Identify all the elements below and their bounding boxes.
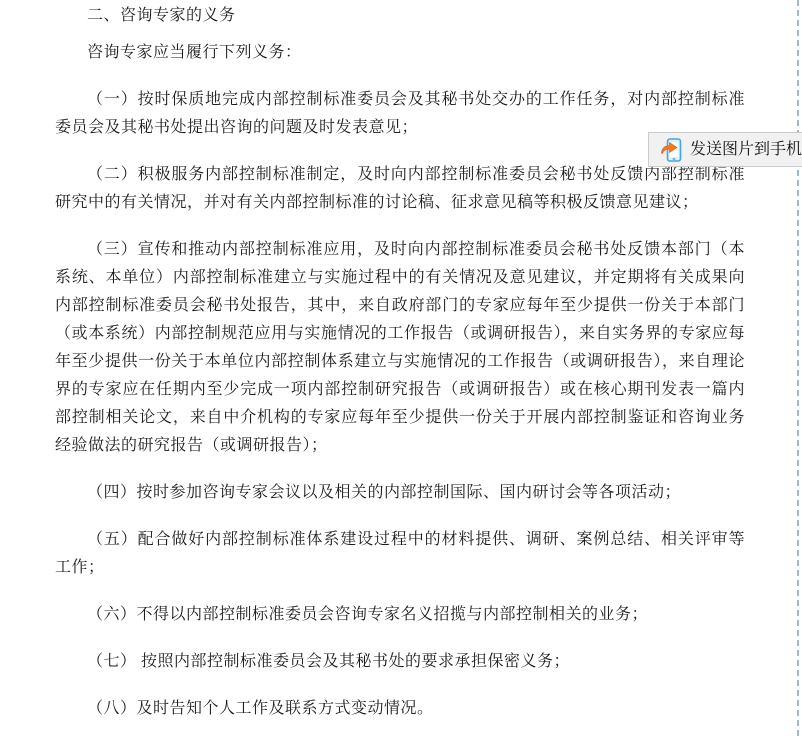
obligation-item-6: （六）不得以内部控制标准委员会咨询专家名义招揽与内部控制相关的业务； xyxy=(55,601,745,629)
section-title: 二、咨询专家的义务 xyxy=(55,2,745,30)
send-to-phone-icon xyxy=(660,137,682,163)
obligation-item-4: （四）按时参加咨询专家会议以及相关的内部控制国际、国内研讨会等各项活动； xyxy=(55,479,745,507)
obligation-item-8: （八）及时告知个人工作及联系方式变动情况。 xyxy=(55,695,745,723)
document-content: 二、咨询专家的义务 咨询专家应当履行下列义务： （一）按时保质地完成内部控制标准… xyxy=(55,2,745,736)
send-to-phone-button[interactable]: 发送图片到手机 xyxy=(648,132,802,167)
obligation-item-7: （七） 按照内部控制标准委员会及其秘书处的要求承担保密义务； xyxy=(55,648,745,676)
obligation-item-3: （三）宣传和推动内部控制标准应用，及时向内部控制标准委员会秘书处反馈本部门（本系… xyxy=(55,236,745,460)
send-to-phone-label: 发送图片到手机 xyxy=(690,136,802,164)
intro-line: 咨询专家应当履行下列义务： xyxy=(55,39,745,67)
obligation-item-1: （一）按时保质地完成内部控制标准委员会及其秘书处交办的工作任务，对内部控制标准委… xyxy=(55,86,745,142)
page-right-border xyxy=(797,0,799,736)
obligation-item-5: （五）配合做好内部控制标准体系建设过程中的材料提供、调研、案例总结、相关评审等工… xyxy=(55,526,745,582)
document-page: 二、咨询专家的义务 咨询专家应当履行下列义务： （一）按时保质地完成内部控制标准… xyxy=(0,0,802,736)
obligation-item-2: （二）积极服务内部控制标准制定，及时向内部控制标准委员会秘书处反馈内部控制标准研… xyxy=(55,161,745,217)
